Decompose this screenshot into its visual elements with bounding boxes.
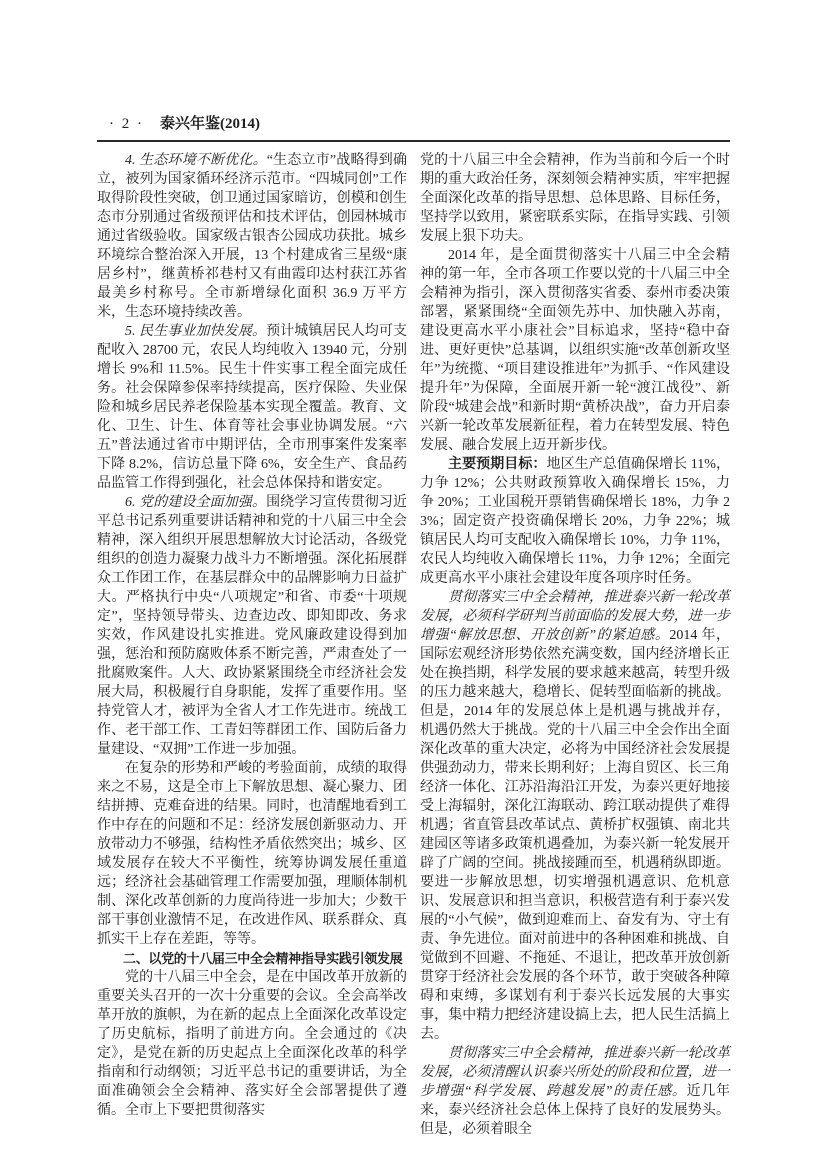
paragraph: 主要预期目标：地区生产总值确保增长 11%，力争 12%；公共财政预算收入确保增… — [420, 455, 730, 588]
text-run: 4. 生态环境不断优化。 — [125, 153, 267, 168]
text-run: 地区生产总值确保增长 11%，力争 12%；公共财政预算收入确保增长 15%，力… — [420, 457, 730, 586]
two-column-body: 4. 生态环境不断优化。“生态立市”战略得到确立，被列为国家循环经济示范市。“四… — [97, 151, 730, 1139]
text-run: 主要预期目标： — [448, 457, 547, 472]
paragraph: 在复杂的形势和严峻的考验面前，成绩的取得来之不易，这是全市上下解放思想、凝心聚力… — [97, 759, 407, 949]
text-run: 5. 民生事业加快发展。 — [125, 324, 266, 339]
page-title: 泰兴年鉴(2014) — [160, 112, 260, 133]
text-run: 预计城镇居民人均可支配收入 28700 元，农民人均纯收入 13940 元，分别… — [97, 324, 407, 491]
paragraph: 党的十八届三中全会精神，作为当前和今后一个时期的重大政治任务，深刻领会精神实质，… — [420, 151, 730, 246]
right-column: 党的十八届三中全会精神，作为当前和今后一个时期的重大政治任务，深刻领会精神实质，… — [420, 151, 730, 1139]
text-run: 2014 年，是全面贯彻落实十八届三中全会精神的第一年，全市各项工作要以党的十八… — [420, 248, 730, 453]
text-run: 党的十八届三中全会，是在中国改革开放新的重要关头召开的一次十分重要的会议。全会高… — [97, 970, 407, 1118]
text-run: 党的十八届三中全会精神，作为当前和今后一个时期的重大政治任务，深刻领会精神实质，… — [420, 153, 730, 244]
paragraph: 4. 生态环境不断优化。“生态立市”战略得到确立，被列为国家循环经济示范市。“四… — [97, 151, 407, 322]
text-run: 2014 年，国际宏观经济形势依然充满变数，国内经济增长正处在换挡期，科学发展的… — [420, 628, 730, 1042]
yearbook-page: · 2 · 泰兴年鉴(2014) 4. 生态环境不断优化。“生态立市”战略得到确… — [97, 112, 730, 1139]
paragraph: 5. 民生事业加快发展。预计城镇居民人均可支配收入 28700 元，农民人均纯收… — [97, 322, 407, 493]
paragraph: 2014 年，是全面贯彻落实十八届三中全会精神的第一年，全市各项工作要以党的十八… — [420, 246, 730, 455]
section-heading: 二、以党的十八届三中全会精神指导实践引领发展 — [97, 949, 407, 968]
page-number: · 2 · — [109, 116, 144, 133]
text-run: 6. 党的建设全面加强。 — [125, 495, 266, 510]
text-run: 二、以党的十八届三中全会精神指导实践引领发展 — [123, 951, 402, 966]
running-head: · 2 · 泰兴年鉴(2014) — [97, 112, 730, 136]
text-run: 在复杂的形势和严峻的考验面前，成绩的取得来之不易，这是全市上下解放思想、凝心聚力… — [97, 761, 407, 947]
text-run: 贯彻落实三中全会精神，推进泰兴新一轮改革发展，必须清醒认识泰兴所处的阶段和位置，… — [420, 1046, 730, 1099]
header-rule — [97, 140, 730, 142]
paragraph: 党的十八届三中全会，是在中国改革开放新的重要关头召开的一次十分重要的会议。全会高… — [97, 968, 407, 1120]
text-run: 围绕学习宣传贯彻习近平总书记系列重要讲话精神和党的十八届三中全会精神，深入组织开… — [97, 495, 407, 757]
text-run: “生态立市”战略得到确立，被列为国家循环经济示范市。“四城同创”工作取得阶段性突… — [97, 153, 407, 320]
paragraph: 贯彻落实三中全会精神，推进泰兴新一轮改革发展，必须科学研判当前面临的发展大势，进… — [420, 588, 730, 1044]
paragraph: 6. 党的建设全面加强。围绕学习宣传贯彻习近平总书记系列重要讲话精神和党的十八届… — [97, 493, 407, 759]
paragraph: 贯彻落实三中全会精神，推进泰兴新一轮改革发展，必须清醒认识泰兴所处的阶段和位置，… — [420, 1044, 730, 1139]
left-column: 4. 生态环境不断优化。“生态立市”战略得到确立，被列为国家循环经济示范市。“四… — [97, 151, 407, 1139]
